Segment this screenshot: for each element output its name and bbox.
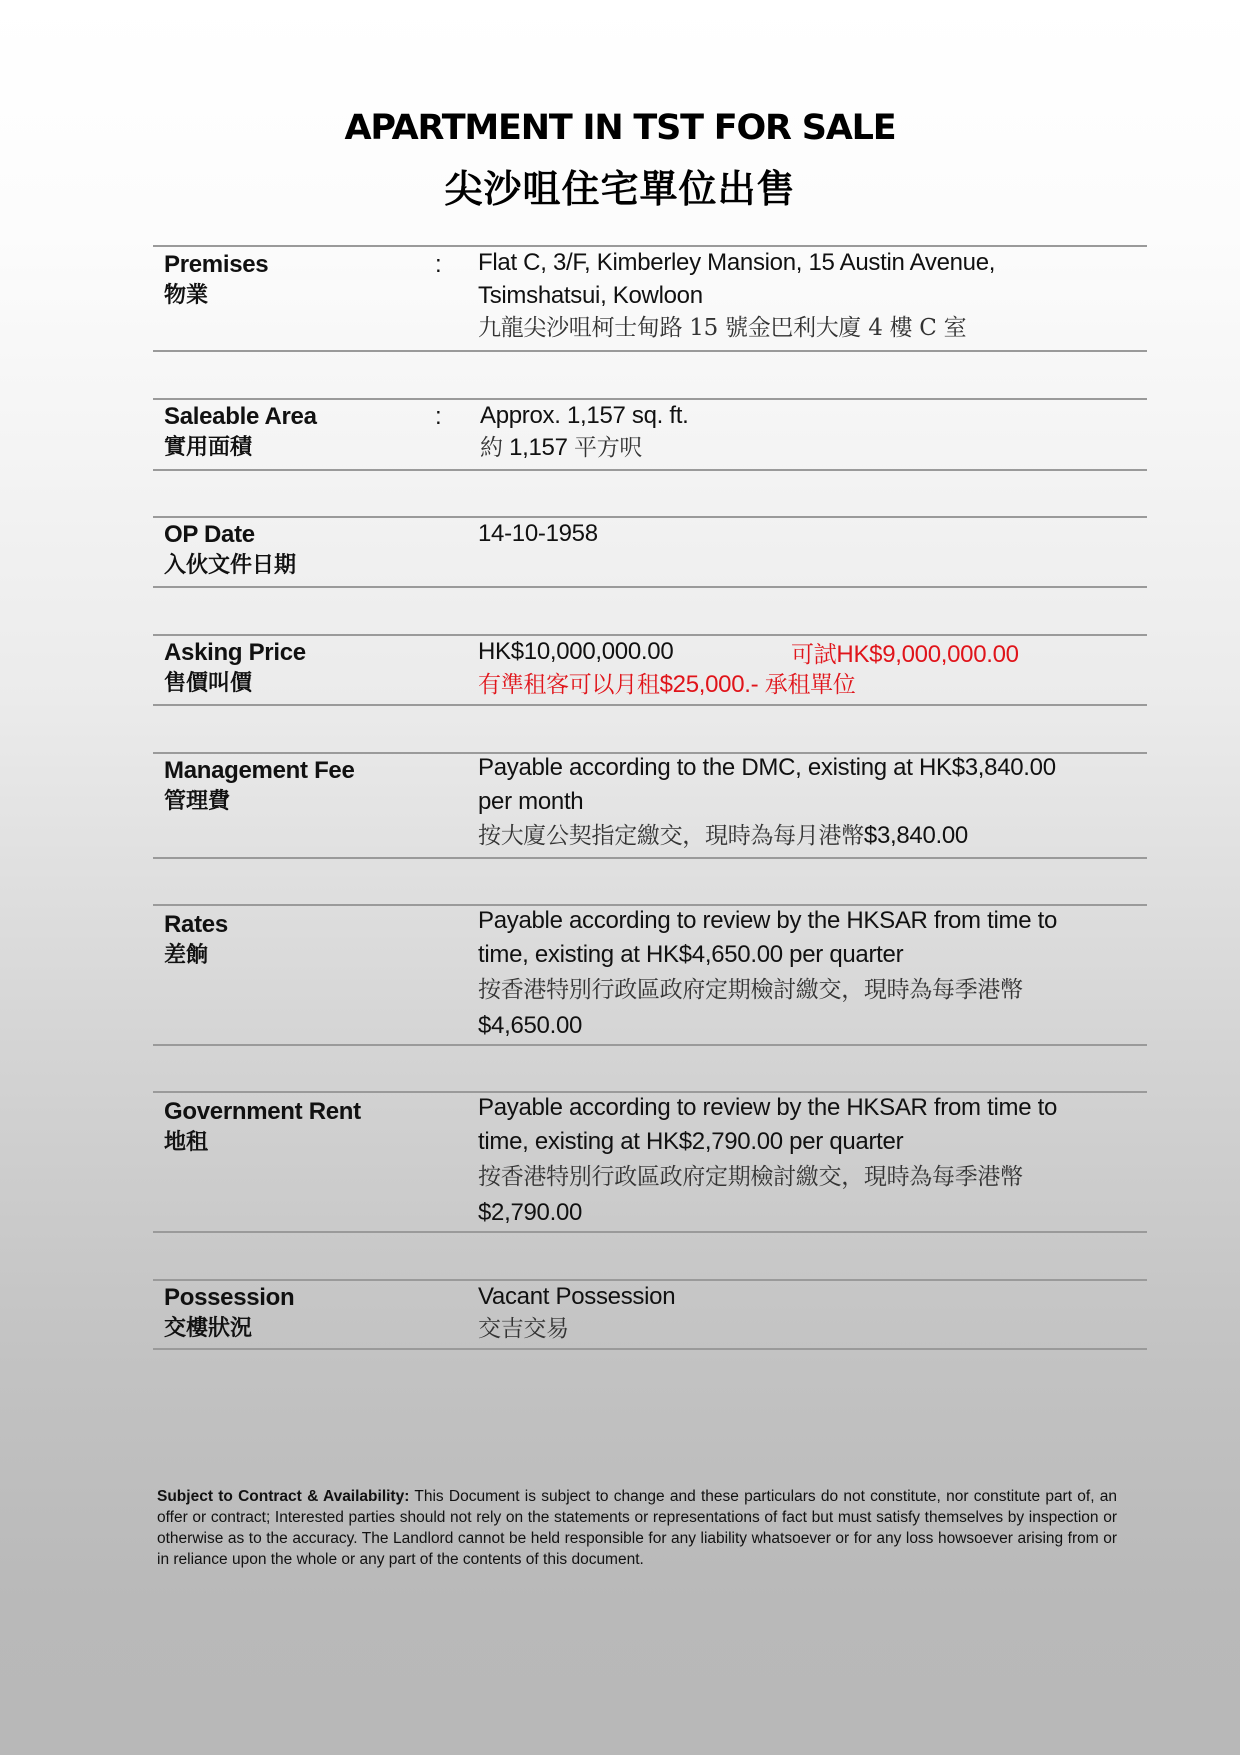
rates-label-en: Rates (164, 909, 228, 940)
management-fee-label: Management Fee 管理費 (164, 755, 355, 817)
possession-value-zh: 交吉交易 (478, 1313, 1128, 1345)
divider (153, 469, 1147, 471)
management-fee-en-line2: per month (478, 785, 1128, 819)
disclaimer-heading: Subject to Contract & Availability: (157, 1488, 409, 1505)
op-date-label-zh: 入伙文件日期 (164, 550, 296, 581)
rates-label-zh: 差餉 (164, 940, 228, 971)
government-rent-zh-amount: $2,790.00 (478, 1196, 1128, 1230)
divider (153, 586, 1147, 588)
rates-label: Rates 差餉 (164, 909, 228, 971)
government-rent-en-line2: time, existing at HK$2,790.00 per quarte… (478, 1125, 1128, 1159)
rates-en-line2: time, existing at HK$4,650.00 per quarte… (478, 938, 1128, 972)
saleable-area-zh-prefix: 約 (480, 435, 503, 461)
government-rent-label-zh: 地租 (164, 1127, 361, 1158)
asking-price-label-zh: 售價叫價 (164, 668, 306, 699)
divider (153, 857, 1147, 859)
premises-label: Premises 物業 (164, 249, 268, 311)
op-date-value: 14-10-1958 (478, 518, 1128, 550)
saleable-area-value-zh: 約 1,157 平方呎 (480, 432, 1130, 464)
divider (153, 1231, 1147, 1233)
premises-label-en: Premises (164, 249, 268, 280)
saleable-area-colon: : (435, 401, 442, 432)
tenant-note-prefix: 有準租客可以月租 (478, 672, 660, 698)
premises-value-en-line1: Flat C, 3/F, Kimberley Mansion, 15 Austi… (478, 246, 1128, 279)
page-title-zh: 尖沙咀住宅單位出售 (0, 158, 1240, 213)
possession-label-zh: 交樓狀況 (164, 1313, 294, 1344)
management-fee-en-line1: Payable according to the DMC, existing a… (478, 751, 1128, 785)
premises-colon: : (435, 249, 442, 280)
premises-value: Flat C, 3/F, Kimberley Mansion, 15 Austi… (478, 246, 1128, 345)
tenant-note: 有準租客可以月租$25,000.- 承租單位 (478, 668, 1128, 702)
management-fee-label-en: Management Fee (164, 755, 355, 786)
management-fee-label-zh: 管理費 (164, 786, 355, 817)
op-date-label-en: OP Date (164, 519, 296, 550)
possession-label: Possession 交樓狀況 (164, 1282, 294, 1344)
tenant-note-suffix: 承租單位 (765, 672, 856, 698)
asking-price-label: Asking Price 售價叫價 (164, 637, 306, 699)
saleable-area-label-zh: 實用面積 (164, 432, 317, 463)
negotiable-prefix: 可試 (791, 642, 836, 668)
saleable-area-zh-number: 1,157 (509, 434, 568, 461)
divider (153, 1348, 1147, 1350)
premises-label-zh: 物業 (164, 280, 268, 311)
government-rent-label-en: Government Rent (164, 1096, 361, 1127)
premises-value-en-line2: Tsimshatsui, Kowloon (478, 279, 1128, 312)
op-date-label: OP Date 入伙文件日期 (164, 519, 296, 581)
saleable-area-value: Approx. 1,157 sq. ft. 約 1,157 平方呎 (480, 400, 1130, 464)
divider (153, 1044, 1147, 1046)
negotiable-amount: HK$9,000,000.00 (836, 641, 1018, 668)
government-rent-zh-text: 按香港特別行政區政府定期檢討繳交，現時為每季港幣 (478, 1159, 1128, 1196)
government-rent-label: Government Rent 地租 (164, 1096, 361, 1158)
possession-value-en: Vacant Possession (478, 1281, 1128, 1313)
divider (153, 704, 1147, 706)
rates-zh-amount: $4,650.00 (478, 1009, 1128, 1043)
saleable-area-label-en: Saleable Area (164, 401, 317, 432)
government-rent-value: Payable according to review by the HKSAR… (478, 1091, 1128, 1230)
saleable-area-value-en: Approx. 1,157 sq. ft. (480, 400, 1130, 432)
premises-value-zh: 九龍尖沙咀柯士甸路 15 號金巴利大廈 4 樓 C 室 (478, 312, 1128, 345)
disclaimer: Subject to Contract & Availability: This… (157, 1486, 1117, 1570)
rates-value: Payable according to review by the HKSAR… (478, 904, 1128, 1043)
rates-zh-text: 按香港特別行政區政府定期檢討繳交，現時為每季港幣 (478, 972, 1128, 1009)
page-title-en: APARTMENT IN TST FOR SALE (0, 108, 1240, 148)
management-fee-zh: 按大廈公契指定繳交，現時為每月港幣$3,840.00 (478, 819, 1128, 853)
asking-price-label-en: Asking Price (164, 637, 306, 668)
saleable-area-zh-suffix: 平方呎 (574, 435, 642, 461)
management-fee-zh-text: 按大廈公契指定繳交，現時為每月港幣 (478, 823, 864, 849)
possession-value: Vacant Possession 交吉交易 (478, 1281, 1128, 1345)
saleable-area-label: Saleable Area 實用面積 (164, 401, 317, 463)
tenant-note-rent: $25,000.- (660, 671, 759, 698)
management-fee-zh-amount: $3,840.00 (864, 822, 968, 849)
possession-label-en: Possession (164, 1282, 294, 1313)
divider (153, 350, 1147, 352)
management-fee-value: Payable according to the DMC, existing a… (478, 751, 1128, 853)
negotiable-price: 可試HK$9,000,000.00 (791, 638, 1019, 672)
government-rent-en-line1: Payable according to review by the HKSAR… (478, 1091, 1128, 1125)
rates-en-line1: Payable according to review by the HKSAR… (478, 904, 1128, 938)
